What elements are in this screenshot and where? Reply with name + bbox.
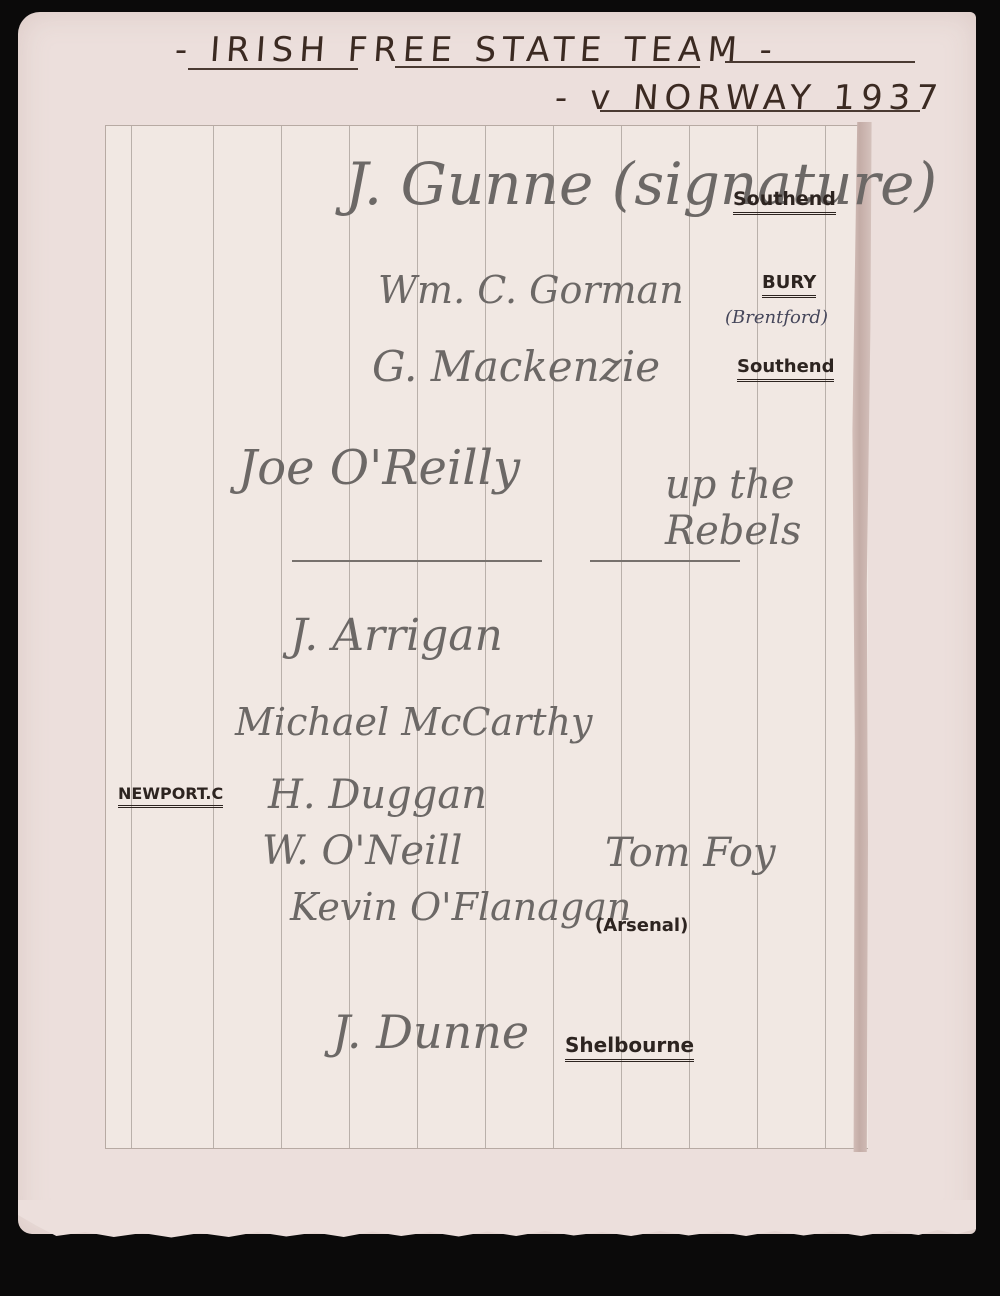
club-note-brentford: (Brentford) xyxy=(725,307,828,328)
signature-gorman: Wm. C. Gorman xyxy=(378,268,684,312)
signature-mccarthy: Michael McCarthy xyxy=(235,700,593,744)
signature-foy: Tom Foy xyxy=(605,830,776,876)
heading-underline xyxy=(188,68,358,70)
club-label-shelbourne: Shelbourne xyxy=(565,1033,694,1062)
club-label-newport: NEWPORT.C xyxy=(118,784,223,808)
signature-arrigan: J. Arrigan xyxy=(290,610,503,661)
signature-gunne: J. Gunne (signature) xyxy=(345,150,937,218)
heading-underline xyxy=(395,66,700,68)
signature-mackenzie: G. Mackenzie xyxy=(372,342,660,391)
torn-card-edge xyxy=(18,1200,976,1250)
heading-underline xyxy=(600,110,920,112)
pencil-divider xyxy=(590,560,740,562)
club-label-arsenal: (Arsenal) xyxy=(595,915,688,936)
signature-oneill: W. O'Neill xyxy=(262,828,462,874)
club-label-southend: Southend xyxy=(733,188,836,215)
signature-dunne: J. Dunne xyxy=(332,1005,529,1059)
signature-oflanagan: Kevin O'Flanagan xyxy=(290,885,631,929)
note-up-the-rebels: up the Rebels xyxy=(665,462,845,554)
club-label-bury: BURY xyxy=(762,272,816,298)
heading-line-2: - v NORWAY 1937 xyxy=(554,78,946,118)
pencil-divider xyxy=(292,560,542,562)
signature-duggan: H. Duggan xyxy=(268,772,487,818)
club-label-southend: Southend xyxy=(737,356,834,382)
signature-oreilly: Joe O'Reilly xyxy=(238,440,520,496)
heading-underline xyxy=(725,61,915,63)
heading-line-1: - IRISH FREE STATE TEAM - xyxy=(174,30,780,70)
